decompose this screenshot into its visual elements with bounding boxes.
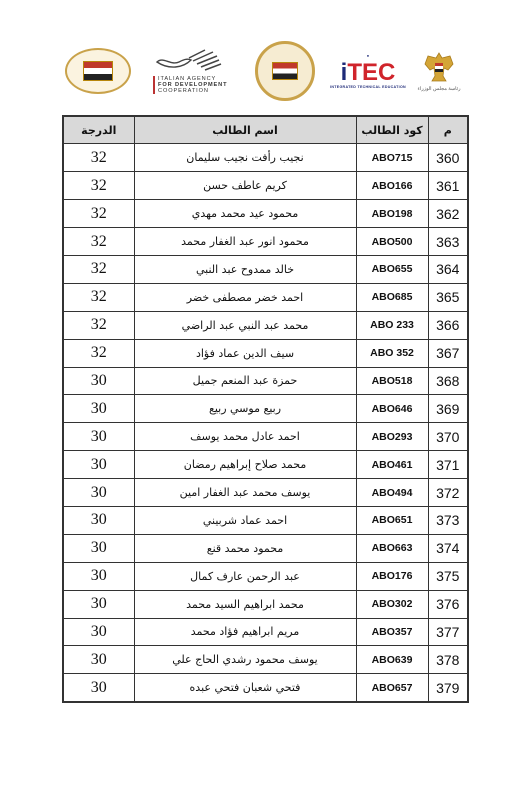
index-cell: 375 xyxy=(428,562,468,590)
code-cell: ABO461 xyxy=(356,451,428,479)
table-row: 30محمد ابراهيم السيد محمدABO302376 xyxy=(63,590,468,618)
code-cell: ABO176 xyxy=(356,562,428,590)
table-row: 32سيف الدين عماد فؤادABO 352367 xyxy=(63,339,468,367)
name-cell: محمد ابراهيم السيد محمد xyxy=(134,590,356,618)
index-cell: 368 xyxy=(428,367,468,395)
code-cell: ABO198 xyxy=(356,200,428,228)
name-cell: يوسف محمود رشدي الحاج علي xyxy=(134,646,356,674)
flag-emblem-icon xyxy=(272,62,298,80)
code-cell: ABO 233 xyxy=(356,311,428,339)
table-row: 30فتحي شعبان فتحي عبدهABO657379 xyxy=(63,674,468,702)
grade-cell: 30 xyxy=(63,367,134,395)
table-row: 30حمزة عبد المنعم جميلABO518368 xyxy=(63,367,468,395)
grade-cell: 32 xyxy=(63,283,134,311)
logo-strip: ITALIAN AGENCY FOR DEVELOPMENT COOPERATI… xyxy=(55,40,470,102)
table-row: 30يوسف محمد عبد الغفار امينABO494372 xyxy=(63,479,468,507)
grade-cell: 32 xyxy=(63,228,134,256)
column-header-code: كود الطالب xyxy=(356,116,428,144)
name-cell: عبد الرحمن عارف كمال xyxy=(134,562,356,590)
code-cell: ABO 352 xyxy=(356,339,428,367)
table-row: 32نجيب رأفت نجيب سليمانABO715360 xyxy=(63,144,468,172)
grade-cell: 30 xyxy=(63,479,134,507)
table-row: 30احمد عماد شربينيABO651373 xyxy=(63,506,468,534)
index-cell: 371 xyxy=(428,451,468,479)
italian-agency-text: ITALIAN AGENCY FOR DEVELOPMENT COOPERATI… xyxy=(153,76,227,95)
grade-cell: 30 xyxy=(63,590,134,618)
code-cell: ABO655 xyxy=(356,255,428,283)
code-cell: ABO357 xyxy=(356,618,428,646)
ministry-seal-logo xyxy=(251,40,319,102)
ministry-seal xyxy=(255,41,315,101)
table-row: 30محمود محمد قنعABO663374 xyxy=(63,534,468,562)
name-cell: يوسف محمد عبد الغفار امين xyxy=(134,479,356,507)
name-cell: خالد ممدوح عبد النبي xyxy=(134,255,356,283)
index-cell: 364 xyxy=(428,255,468,283)
table-row: 30ربيع موسي ربيعABO646369 xyxy=(63,395,468,423)
table-row: 32محمود انور عبد الغفار محمدABO500363 xyxy=(63,228,468,256)
results-table-container: الدرجة اسم الطالب كود الطالب م 32نجيب رأ… xyxy=(62,115,467,703)
itec-tec: TEC xyxy=(347,59,395,86)
table-row: 32محمد عبد النبي عبد الراضيABO 233366 xyxy=(63,311,468,339)
name-cell: فتحي شعبان فتحي عبده xyxy=(134,674,356,702)
column-header-grade: الدرجة xyxy=(63,116,134,144)
grade-cell: 32 xyxy=(63,172,134,200)
code-cell: ABO166 xyxy=(356,172,428,200)
itec-logo: ● iTEC INTEGRATED TECHNICAL EDUCATION xyxy=(333,40,403,102)
name-cell: محمد عبد النبي عبد الراضي xyxy=(134,311,356,339)
grade-cell: 32 xyxy=(63,200,134,228)
grade-cell: 32 xyxy=(63,255,134,283)
name-cell: كريم عاطف حسن xyxy=(134,172,356,200)
table-row: 30احمد عادل محمد يوسفABO293370 xyxy=(63,423,468,451)
grade-cell: 30 xyxy=(63,451,134,479)
index-cell: 365 xyxy=(428,283,468,311)
name-cell: مريم ابراهيم فؤاد محمد xyxy=(134,618,356,646)
grade-cell: 32 xyxy=(63,144,134,172)
itec-wordmark: iTEC xyxy=(341,61,396,85)
code-cell: ABO293 xyxy=(356,423,428,451)
index-cell: 361 xyxy=(428,172,468,200)
code-cell: ABO657 xyxy=(356,674,428,702)
table-header-row: الدرجة اسم الطالب كود الطالب م xyxy=(63,116,468,144)
grade-cell: 30 xyxy=(63,506,134,534)
column-header-name: اسم الطالب xyxy=(134,116,356,144)
name-cell: محمود انور عبد الغفار محمد xyxy=(134,228,356,256)
code-cell: ABO302 xyxy=(356,590,428,618)
grade-cell: 30 xyxy=(63,534,134,562)
table-row: 32خالد ممدوح عبد النبيABO655364 xyxy=(63,255,468,283)
name-cell: احمد عادل محمد يوسف xyxy=(134,423,356,451)
grade-cell: 30 xyxy=(63,562,134,590)
index-cell: 377 xyxy=(428,618,468,646)
index-cell: 367 xyxy=(428,339,468,367)
index-cell: 369 xyxy=(428,395,468,423)
table-row: 30محمد صلاح إبراهيم رمضانABO461371 xyxy=(63,451,468,479)
oval-emblem-logo xyxy=(63,40,133,102)
table-row: 32احمد خضر مصطفى خضرABO685365 xyxy=(63,283,468,311)
table-row: 30يوسف محمود رشدي الحاج عليABO639378 xyxy=(63,646,468,674)
name-cell: محمود محمد قنع xyxy=(134,534,356,562)
itec-subtitle: INTEGRATED TECHNICAL EDUCATION xyxy=(330,85,406,89)
code-cell: ABO500 xyxy=(356,228,428,256)
index-cell: 378 xyxy=(428,646,468,674)
code-cell: ABO685 xyxy=(356,283,428,311)
name-cell: احمد خضر مصطفى خضر xyxy=(134,283,356,311)
table-row: 30عبد الرحمن عارف كمالABO176375 xyxy=(63,562,468,590)
name-cell: احمد عماد شربيني xyxy=(134,506,356,534)
index-cell: 373 xyxy=(428,506,468,534)
code-cell: ABO518 xyxy=(356,367,428,395)
code-cell: ABO646 xyxy=(356,395,428,423)
grade-cell: 30 xyxy=(63,423,134,451)
grade-cell: 32 xyxy=(63,339,134,367)
index-cell: 372 xyxy=(428,479,468,507)
name-cell: محمود عيد محمد مهدي xyxy=(134,200,356,228)
dove-icon xyxy=(153,48,225,74)
column-header-index: م xyxy=(428,116,468,144)
index-cell: 363 xyxy=(428,228,468,256)
index-cell: 374 xyxy=(428,534,468,562)
grade-cell: 30 xyxy=(63,646,134,674)
index-cell: 366 xyxy=(428,311,468,339)
oval-emblem xyxy=(65,48,131,94)
name-cell: سيف الدين عماد فؤاد xyxy=(134,339,356,367)
grade-cell: 30 xyxy=(63,395,134,423)
eagle-caption: رئاسة مجلس الوزراء xyxy=(418,86,461,92)
table-row: 30مريم ابراهيم فؤاد محمدABO357377 xyxy=(63,618,468,646)
index-cell: 376 xyxy=(428,590,468,618)
code-cell: ABO715 xyxy=(356,144,428,172)
code-cell: ABO639 xyxy=(356,646,428,674)
results-table: الدرجة اسم الطالب كود الطالب م 32نجيب رأ… xyxy=(62,115,469,703)
code-cell: ABO651 xyxy=(356,506,428,534)
index-cell: 360 xyxy=(428,144,468,172)
grade-cell: 30 xyxy=(63,674,134,702)
code-cell: ABO663 xyxy=(356,534,428,562)
index-cell: 379 xyxy=(428,674,468,702)
index-cell: 370 xyxy=(428,423,468,451)
index-cell: 362 xyxy=(428,200,468,228)
name-cell: حمزة عبد المنعم جميل xyxy=(134,367,356,395)
italian-agency-logo: ITALIAN AGENCY FOR DEVELOPMENT COOPERATI… xyxy=(153,40,235,102)
egypt-eagle-logo: رئاسة مجلس الوزراء xyxy=(413,40,465,102)
name-cell: نجيب رأفت نجيب سليمان xyxy=(134,144,356,172)
name-cell: ربيع موسي ربيع xyxy=(134,395,356,423)
grade-cell: 30 xyxy=(63,618,134,646)
name-cell: محمد صلاح إبراهيم رمضان xyxy=(134,451,356,479)
aics-line-3: COOPERATION xyxy=(158,88,227,94)
code-cell: ABO494 xyxy=(356,479,428,507)
eagle-icon xyxy=(422,50,456,84)
flag-emblem-icon xyxy=(83,61,113,81)
table-row: 32محمود عيد محمد مهديABO198362 xyxy=(63,200,468,228)
table-row: 32كريم عاطف حسنABO166361 xyxy=(63,172,468,200)
grade-cell: 32 xyxy=(63,311,134,339)
